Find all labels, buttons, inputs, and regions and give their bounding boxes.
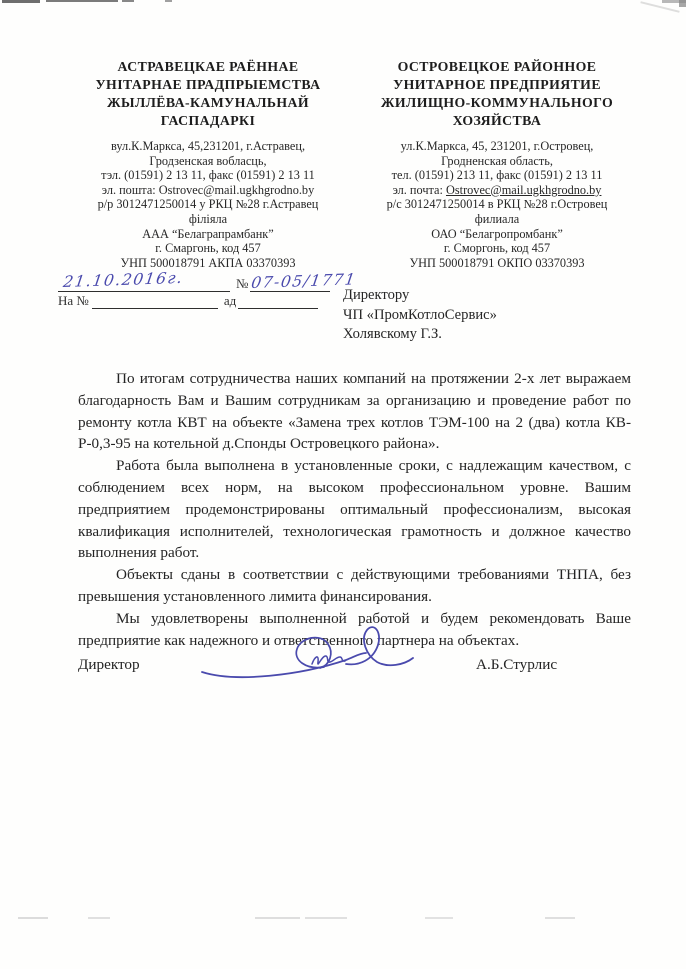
reply-from-underline (238, 308, 318, 309)
body-paragraph: Работа была выполнена в установленные ср… (78, 455, 631, 564)
org-name-right: ОСТРОВЕЦКОЕ РАЙОННОЕ УНИТАРНОЕ ПРЕДПРИЯТ… (346, 58, 648, 130)
scan-artifact (122, 0, 134, 2)
scan-artifact (2, 0, 40, 3)
scan-artifact (305, 917, 347, 919)
address-line: г. Смаргонь, код 457 (52, 241, 364, 256)
org-name-left-line: АСТРАВЕЦКАЕ РАЁННАЕ (52, 58, 364, 76)
org-name-left: АСТРАВЕЦКАЕ РАЁННАЕ УНІТАРНАЕ ПРАДПРЫЕМС… (52, 58, 364, 130)
address-line: Гродненская область, (346, 154, 648, 169)
letterhead-right-column: ОСТРОВЕЦКОЕ РАЙОННОЕ УНИТАРНОЕ ПРЕДПРИЯТ… (346, 58, 648, 270)
address-line: тел. (01591) 213 11, факс (01591) 2 13 1… (346, 168, 648, 183)
signature-position-label: Директор (78, 656, 140, 674)
scan-artifact (18, 917, 48, 919)
reply-label: На № (58, 293, 92, 309)
date-underline: 21.10.2016г. (58, 291, 230, 292)
scan-artifact (662, 0, 686, 3)
org-address-right: ул.К.Маркса, 45, 231201, г.Островец, Гро… (346, 139, 648, 270)
handwritten-signature (196, 620, 426, 692)
letterhead-left-column: АСТРАВЕЦКАЕ РАЁННАЕ УНІТАРНАЕ ПРАДПРЫЕМС… (52, 58, 364, 270)
letter-page: АСТРАВЕЦКАЕ РАЁННАЕ УНІТАРНАЕ ПРАДПРЫЕМС… (0, 0, 686, 969)
address-line: Гродзенская вобласць, (52, 154, 364, 169)
handwritten-number: 07-05/1771 (250, 270, 357, 292)
scan-artifact (679, 0, 686, 7)
recipient-line: Холявскому Г.З. (343, 325, 497, 345)
address-line: вул.К.Маркса, 45,231201, г.Астравец, (52, 139, 364, 154)
address-line: р/р 3012471250014 у РКЦ №28 г.Астравец (52, 197, 364, 212)
email-label: эл. почта: (393, 183, 446, 197)
letter-body: По итогам сотрудничества наших компаний … (78, 368, 631, 651)
reply-from-label: ад (218, 293, 238, 309)
address-line: ул.К.Маркса, 45, 231201, г.Островец, (346, 139, 648, 154)
address-line-email: эл. пошта: Ostrovec@mail.ugkhgrodno.by (52, 183, 364, 198)
scan-artifact (165, 0, 172, 2)
org-name-left-line: ЖЫЛЛЁВА-КАМУНАЛЬНАЙ (52, 94, 364, 112)
scan-artifact (255, 917, 300, 919)
org-name-left-line: УНІТАРНАЕ ПРАДПРЫЕМСТВА (52, 76, 364, 94)
scan-artifact (425, 917, 453, 919)
number-underline: 07-05/1771 (250, 291, 330, 292)
address-line: тэл. (01591) 2 13 11, факс (01591) 2 13 … (52, 168, 364, 183)
address-line-email: эл. почта: Ostrovec@mail.ugkhgrodno.by (346, 183, 648, 198)
recipient-line: Директору (343, 286, 497, 306)
email-link: Ostrovec@mail.ugkhgrodno.by (446, 183, 601, 197)
body-paragraph: Объекты сданы в соответствии с действующ… (78, 564, 631, 608)
org-name-right-line: ЖИЛИЩНО-КОММУНАЛЬНОГО (346, 94, 648, 112)
reference-row-reply: На № ад (58, 292, 334, 309)
reference-block: 21.10.2016г. № 07-05/1771 На № ад (58, 270, 334, 309)
org-name-right-line: ОСТРОВЕЦКОЕ РАЙОННОЕ (346, 58, 648, 76)
address-line: ОАО “Белагропромбанк” (346, 227, 648, 242)
handwritten-date: 21.10.2016г. (62, 269, 185, 291)
scan-artifact (545, 917, 575, 919)
reference-row-date: 21.10.2016г. № 07-05/1771 (58, 270, 334, 292)
org-name-right-line: ХОЗЯЙСТВА (346, 112, 648, 130)
recipient-line: ЧП «ПромКотлоСервис» (343, 306, 497, 326)
recipient-block: Директору ЧП «ПромКотлоСервис» Холявском… (343, 286, 497, 345)
number-label: № (230, 276, 250, 292)
signature-name: А.Б.Стурлис (476, 656, 557, 674)
address-line: филиала (346, 212, 648, 227)
address-line: УНП 500018791 ОКПО 03370393 (346, 256, 648, 271)
reply-underline (92, 308, 218, 309)
address-line: філіяла (52, 212, 364, 227)
scan-artifact (88, 917, 110, 919)
scan-artifact (46, 0, 118, 2)
body-paragraph: По итогам сотрудничества наших компаний … (78, 368, 631, 455)
scan-artifact (640, 1, 679, 13)
address-line: р/с 3012471250014 в РКЦ №28 г.Островец (346, 197, 648, 212)
org-name-left-line: ГАСПАДАРКІ (52, 112, 364, 130)
address-line: г. Сморгонь, код 457 (346, 241, 648, 256)
address-line: ААА “Белаграпрамбанк” (52, 227, 364, 242)
address-line: УНП 500018791 АКПА 03370393 (52, 256, 364, 271)
org-name-right-line: УНИТАРНОЕ ПРЕДПРИЯТИЕ (346, 76, 648, 94)
org-address-left: вул.К.Маркса, 45,231201, г.Астравец, Гро… (52, 139, 364, 270)
